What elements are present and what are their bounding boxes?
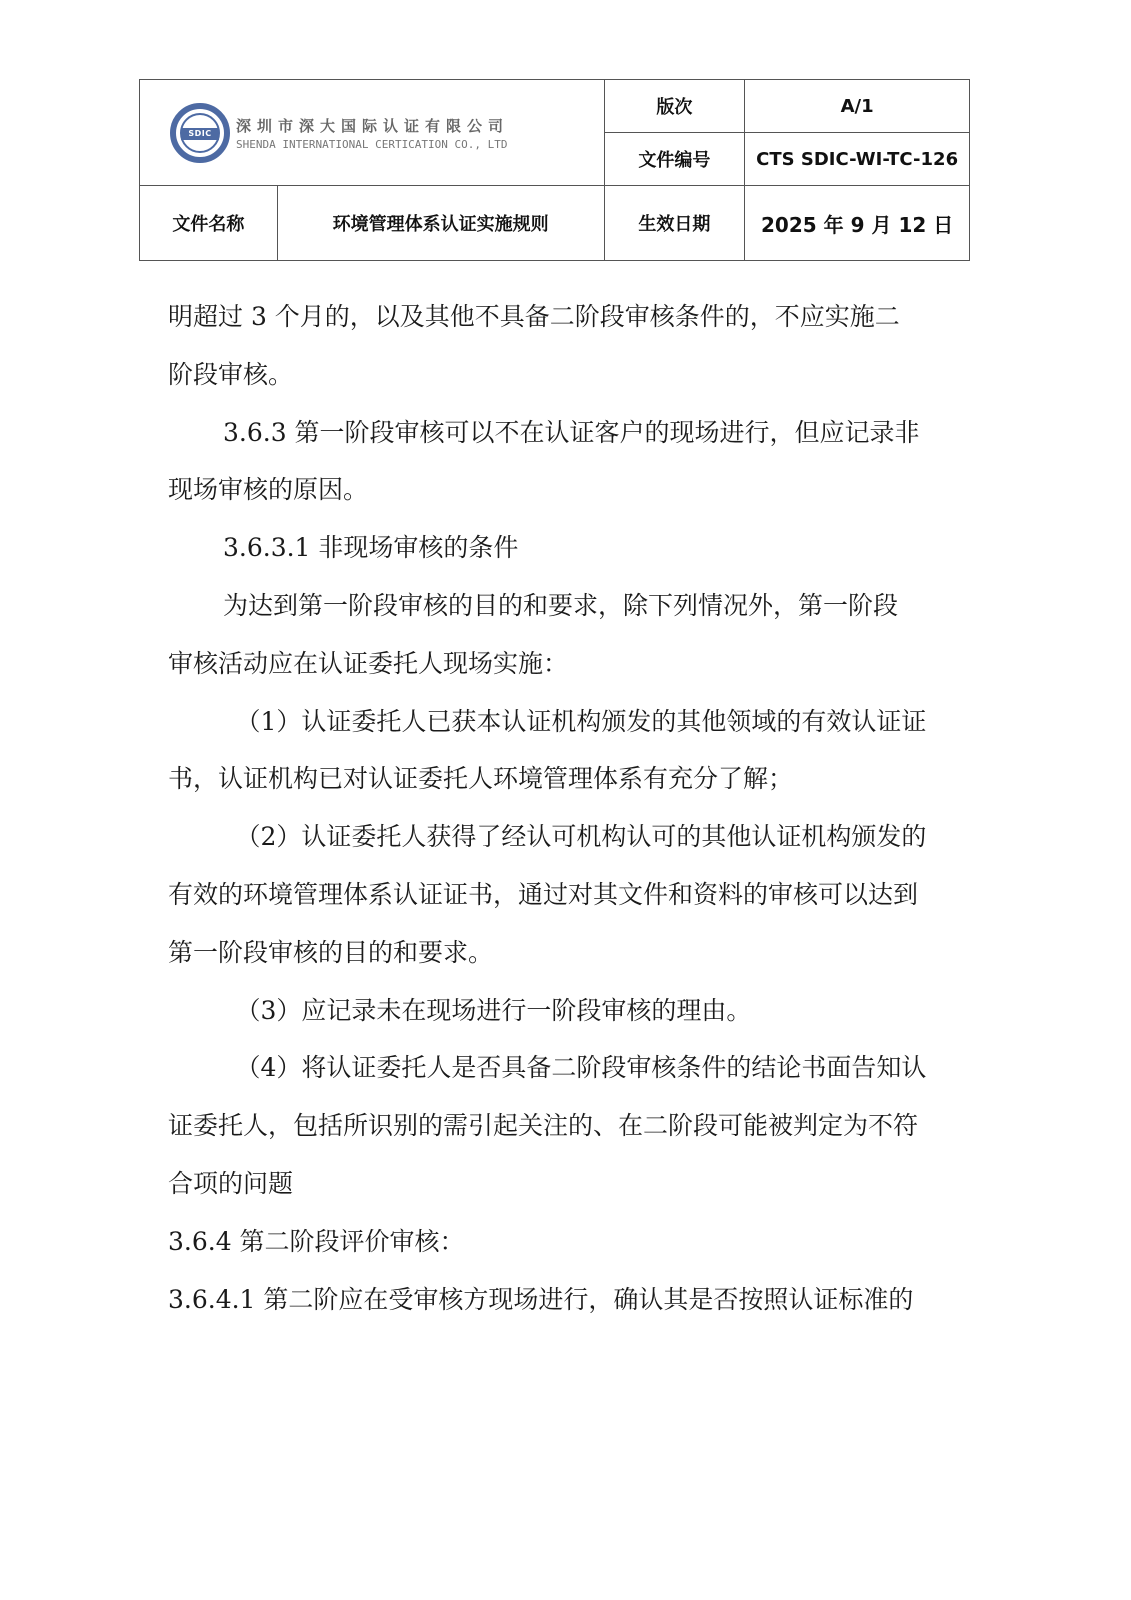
effective-date-label: 生效日期 bbox=[604, 186, 745, 261]
company-logo-icon: SDIC bbox=[170, 103, 230, 163]
section-3-6-4-1: 3.6.4.1 第二阶应在受审核方现场进行，确认其是否按照认证标准的 bbox=[168, 1271, 943, 1329]
body-line: 证委托人，包括所识别的需引起关注的、在二阶段可能被判定为不符 bbox=[168, 1097, 943, 1155]
list-item-4: （4）将认证委托人是否具备二阶段审核条件的结论书面告知认 bbox=[168, 1039, 943, 1097]
section-3-6-4-heading: 3.6.4 第二阶段评价审核： bbox=[168, 1213, 943, 1271]
doc-number-value: CTS SDIC-WI-TC-126 bbox=[745, 133, 970, 186]
body-line: 审核活动应在认证委托人现场实施： bbox=[168, 635, 943, 693]
company-name-cn: 深圳市深大国际认证有限公司 bbox=[236, 115, 509, 136]
body-line: 阶段审核。 bbox=[168, 346, 943, 404]
effective-date-value: 2025 年 9 月 12 日 bbox=[745, 186, 970, 261]
section-3-6-3-1-heading: 3.6.3.1 非现场审核的条件 bbox=[168, 519, 943, 577]
body-line: 明超过 3 个月的，以及其他不具备二阶段审核条件的，不应实施二 bbox=[168, 288, 943, 346]
doc-name-label: 文件名称 bbox=[140, 186, 278, 261]
doc-name-value: 环境管理体系认证实施规则 bbox=[277, 186, 604, 261]
body-line: 合项的问题 bbox=[168, 1155, 943, 1213]
list-item-2: （2）认证委托人获得了经认可机构认可的其他认证机构颁发的 bbox=[168, 808, 943, 866]
version-label: 版次 bbox=[604, 80, 745, 133]
company-name-en: SHENDA INTERNATIONAL CERTICATION CO., LT… bbox=[236, 138, 509, 151]
body-line: 有效的环境管理体系认证证书，通过对其文件和资料的审核可以达到 bbox=[168, 866, 943, 924]
document-body: 明超过 3 个月的，以及其他不具备二阶段审核条件的，不应实施二 阶段审核。 3.… bbox=[168, 288, 943, 1328]
body-line: 现场审核的原因。 bbox=[168, 461, 943, 519]
section-3-6-3: 3.6.3 第一阶段审核可以不在认证客户的现场进行，但应记录非 bbox=[168, 404, 943, 462]
body-line: 第一阶段审核的目的和要求。 bbox=[168, 924, 943, 982]
body-line: 为达到第一阶段审核的目的和要求，除下列情况外，第一阶段 bbox=[168, 577, 943, 635]
doc-number-label: 文件编号 bbox=[604, 133, 745, 186]
company-logo-cell: SDIC 深圳市深大国际认证有限公司 SHENDA INTERNATIONAL … bbox=[140, 80, 605, 186]
document-header-table: SDIC 深圳市深大国际认证有限公司 SHENDA INTERNATIONAL … bbox=[139, 79, 970, 261]
list-item-1: （1）认证委托人已获本认证机构颁发的其他领域的有效认证证 bbox=[168, 693, 943, 751]
version-value: A/1 bbox=[745, 80, 970, 133]
list-item-3: （3）应记录未在现场进行一阶段审核的理由。 bbox=[168, 982, 943, 1040]
body-line: 书，认证机构已对认证委托人环境管理体系有充分了解； bbox=[168, 750, 943, 808]
